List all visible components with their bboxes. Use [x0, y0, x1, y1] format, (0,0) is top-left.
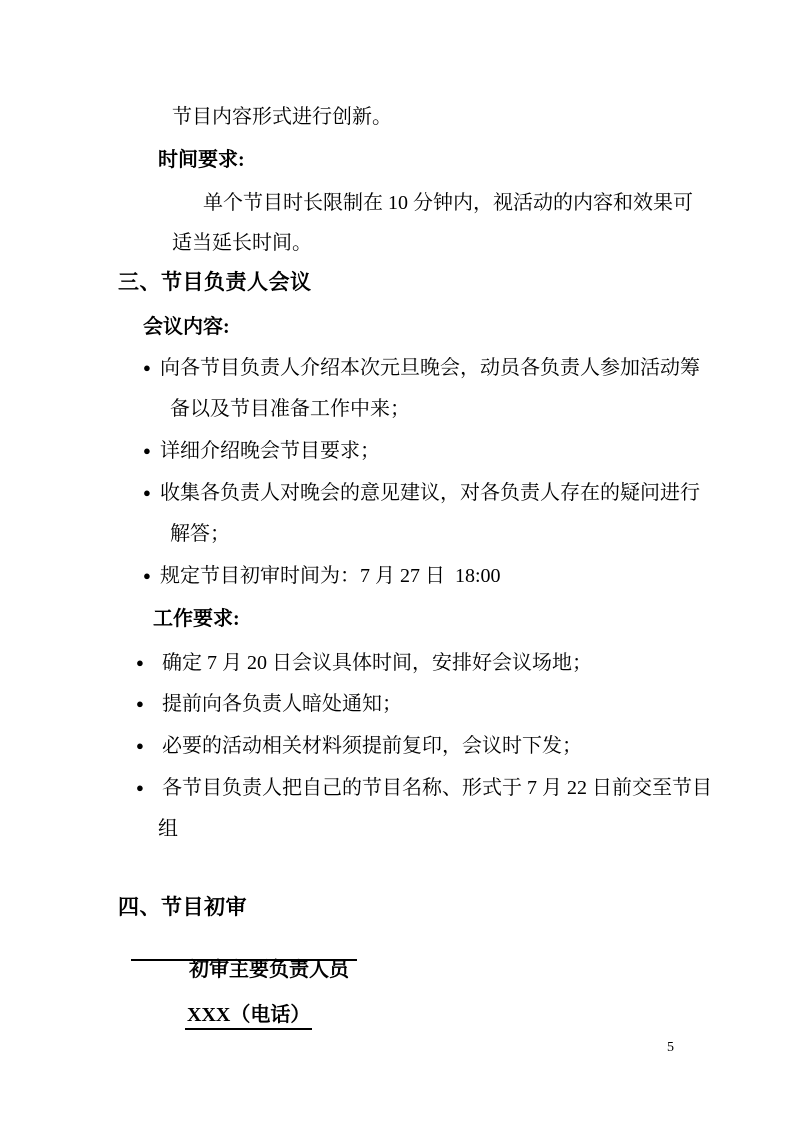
bullet-item: ● 必要的活动相关材料须提前复印，会议时下发； [136, 735, 582, 759]
bullet-item: ● 向各节目负责人介绍本次元旦晚会，动员各负责人参加活动筹 [143, 357, 700, 381]
bullet-text: 规定节目初审时间为：7 月 27 日 18:00 [160, 565, 501, 588]
paragraph-line: 节目内容形式进行创新。 [172, 106, 392, 129]
bullet-icon: ● [136, 651, 162, 674]
bullet-text: 确定 7 月 20 日会议具体时间，安排好会议场地； [162, 652, 592, 675]
bullet-icon: ● [143, 481, 160, 504]
bullet-icon: ● [136, 776, 162, 799]
bullet-text: 收集各负责人对晚会的意见建议，对各负责人存在的疑问进行 [160, 482, 700, 505]
bullet-continuation: 备以及节目准备工作中来； [170, 398, 410, 421]
section-heading-3: 三、节目负责人会议 [118, 271, 312, 294]
section-heading-4: 四、节目初审 [118, 896, 247, 919]
bullet-item: ● 收集各负责人对晚会的意见建议，对各负责人存在的疑问进行 [143, 482, 700, 506]
reviewer-heading-text: 初审主要负责人员 [189, 959, 349, 981]
bullet-item: ● 确定 7 月 20 日会议具体时间，安排好会议场地； [136, 652, 592, 676]
bullet-icon: ● [143, 439, 160, 462]
bullet-text: 向各节目负责人介绍本次元旦晚会，动员各负责人参加活动筹 [160, 357, 700, 380]
bullet-continuation: 解答； [170, 523, 230, 546]
work-requirements-heading: 工作要求: [153, 608, 240, 631]
bullet-text: 必要的活动相关材料须提前复印，会议时下发； [162, 735, 582, 758]
bullet-icon: ● [143, 356, 160, 379]
bullet-item: ● 各节目负责人把自己的节目名称、形式于 7 月 22 日前交至节目 [136, 777, 712, 801]
bullet-icon: ● [136, 734, 162, 757]
page-number: 5 [667, 1040, 674, 1056]
bullet-icon: ● [143, 564, 160, 587]
bullet-item: ● 详细介绍晚会节目要求； [143, 440, 380, 464]
time-requirements-heading: 时间要求: [158, 149, 245, 172]
reviewer-heading-underlined: 初审主要负责人员 [131, 936, 357, 961]
reviewer-name-line: XXX（电话） [165, 981, 312, 1050]
reviewer-name-text: XXX（电话） [185, 1004, 312, 1030]
bullet-text: 各节目负责人把自己的节目名称、形式于 7 月 22 日前交至节目 [162, 777, 712, 800]
bullet-text: 详细介绍晚会节目要求； [160, 440, 380, 463]
bullet-item: ● 规定节目初审时间为：7 月 27 日 18:00 [143, 565, 501, 589]
paragraph-line: 适当延长时间。 [172, 232, 312, 255]
bullet-continuation: 组 [158, 818, 178, 841]
bullet-item: ● 提前向各负责人暗处通知； [136, 693, 402, 717]
bullet-icon: ● [136, 692, 162, 715]
meeting-content-heading: 会议内容: [143, 316, 230, 339]
paragraph-line: 单个节目时长限制在 10 分钟内，视活动的内容和效果可 [203, 192, 693, 215]
document-page: 节目内容形式进行创新。 时间要求: 单个节目时长限制在 10 分钟内，视活动的内… [0, 0, 794, 1123]
bullet-text: 提前向各负责人暗处通知； [162, 693, 402, 716]
